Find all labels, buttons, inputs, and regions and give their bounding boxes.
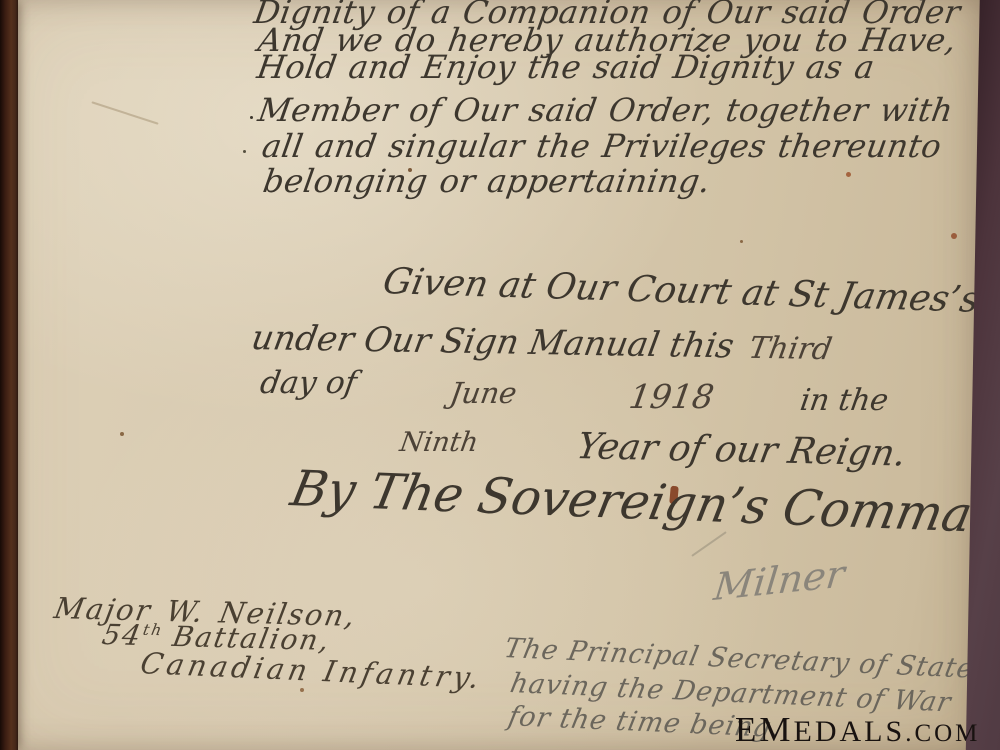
battalion-number: 54 xyxy=(100,618,146,652)
engrossed-line: Hold and Enjoy the said Dignity as a xyxy=(255,51,877,83)
paper-stain xyxy=(740,240,743,243)
in-the-label: in the xyxy=(798,386,890,416)
framed-certificate-photo: Dignity of a Companion of Our said Order… xyxy=(0,0,1000,750)
engrossed-line: all and singular the Privileges thereunt… xyxy=(260,130,944,162)
engrossed-line: belonging or appertaining. xyxy=(261,165,713,197)
engrossed-line: Member of Our said Order, together with xyxy=(256,94,955,126)
watermark-letters: EDALS xyxy=(794,715,906,748)
sign-manual-text: under Our Sign Manual this xyxy=(248,318,737,366)
watermark-letter: E xyxy=(735,710,759,749)
paper-stain xyxy=(951,233,957,239)
ink-dot xyxy=(250,116,253,119)
year-fill: 1918 xyxy=(627,380,716,413)
paper-stain xyxy=(846,172,851,177)
day-name-fill: Third xyxy=(746,331,834,367)
picture-frame-left-edge xyxy=(0,0,18,750)
watermark-suffix: .COM xyxy=(905,720,980,747)
watermark-letter: M xyxy=(759,710,793,749)
month-fill: June xyxy=(448,379,519,408)
paper-stain xyxy=(120,432,124,436)
paper-stain xyxy=(300,688,304,692)
year-of-reign-line: Year of our Reign. xyxy=(574,429,909,472)
regnal-year-fill: Ninth xyxy=(398,429,480,456)
day-of-label: day of xyxy=(258,368,359,399)
emedals-watermark: EMEDALS.COM xyxy=(735,712,980,747)
ink-dot xyxy=(243,150,246,153)
